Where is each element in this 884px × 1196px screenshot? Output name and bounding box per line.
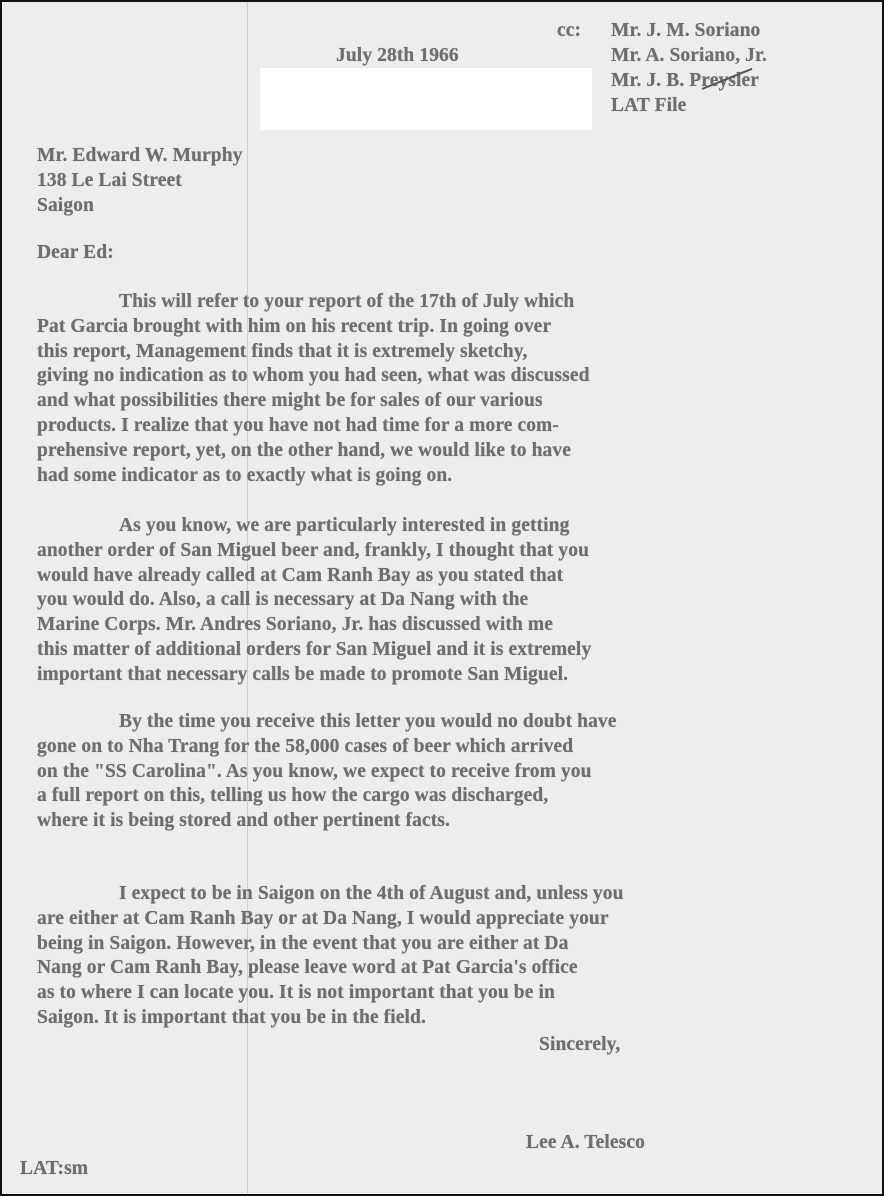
paragraph-line: would have already called at Cam Ranh Ba… xyxy=(37,565,563,587)
recipient-city: Saigon xyxy=(37,195,94,217)
paragraph-line: giving no indication as to whom you had … xyxy=(37,365,590,387)
paragraph-line: I expect to be in Saigon on the 4th of A… xyxy=(119,883,624,905)
paragraph-line: and what possibilities there might be fo… xyxy=(37,390,543,412)
paragraph-line: Pat Garcia brought with him on his recen… xyxy=(37,316,551,338)
salutation: Dear Ed: xyxy=(37,242,114,264)
cc-recipient: LAT File xyxy=(611,95,686,117)
redaction-block xyxy=(260,68,592,130)
paragraph-line: gone on to Nha Trang for the 58,000 case… xyxy=(37,736,573,758)
paragraph-line: As you know, we are particularly interes… xyxy=(119,515,569,537)
paragraph-line: where it is being stored and other perti… xyxy=(37,810,450,832)
paragraph-line: this report, Management finds that it is… xyxy=(37,341,527,363)
closing: Sincerely, xyxy=(539,1034,620,1056)
letter-date: July 28th 1966 xyxy=(336,45,459,67)
paragraph-line: on the "SS Carolina". As you know, we ex… xyxy=(37,761,592,783)
signer-name: Lee A. Telesco xyxy=(526,1132,645,1154)
letter-page: July 28th 1966 cc: Mr. J. M. Soriano Mr.… xyxy=(0,0,884,1196)
paragraph-line: you would do. Also, a call is necessary … xyxy=(37,589,528,611)
cc-recipient: Mr. A. Soriano, Jr. xyxy=(611,45,767,67)
recipient-name: Mr. Edward W. Murphy xyxy=(37,145,243,167)
cc-label: cc: xyxy=(557,20,581,42)
paragraph-line: Marine Corps. Mr. Andres Soriano, Jr. ha… xyxy=(37,614,553,636)
recipient-street: 138 Le Lai Street xyxy=(37,170,182,192)
paragraph-line: another order of San Miguel beer and, fr… xyxy=(37,540,589,562)
paragraph-line: a full report on this, telling us how th… xyxy=(37,785,548,807)
paragraph-line: products. I realize that you have not ha… xyxy=(37,415,559,437)
paragraph-line: being in Saigon. However, in the event t… xyxy=(37,933,568,955)
typist-initials: LAT:sm xyxy=(20,1158,88,1180)
paragraph-line: This will refer to your report of the 17… xyxy=(119,291,574,313)
paragraph-line: are either at Cam Ranh Bay or at Da Nang… xyxy=(37,908,609,930)
cc-recipient: Mr. J. M. Soriano xyxy=(611,20,760,42)
paragraph-line: had some indicator as to exactly what is… xyxy=(37,465,452,487)
paragraph-line: Saigon. It is important that you be in t… xyxy=(37,1007,426,1029)
paragraph-line: By the time you receive this letter you … xyxy=(119,711,617,733)
paragraph-line: this matter of additional orders for San… xyxy=(37,639,591,661)
paragraph-line: important that necessary calls be made t… xyxy=(37,664,568,686)
paragraph-line: prehensive report, yet, on the other han… xyxy=(37,440,571,462)
paragraph-line: Nang or Cam Ranh Bay, please leave word … xyxy=(37,957,578,979)
paragraph-line: as to where I can locate you. It is not … xyxy=(37,982,555,1004)
